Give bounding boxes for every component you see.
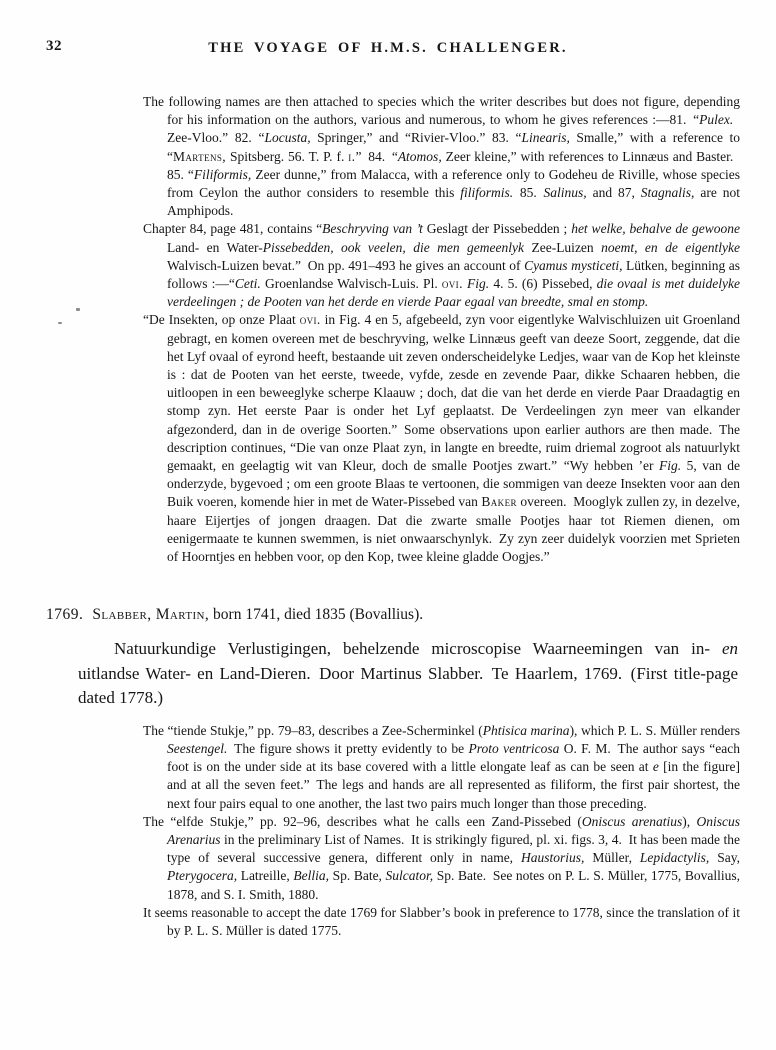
text-run: Say, [709,850,740,865]
text-run: ), which P. L. S. Müller renders [570,723,740,738]
note-paragraph: “De Insekten, op onze Plaat ovi. in Fig.… [167,311,740,566]
text-run: 85. [513,185,543,200]
italic-text: filiformis. [460,185,513,200]
entry-author-name: Slabber, Martin, born 1741, died 1835 (B… [92,606,423,623]
italic-text: Pulex. [699,112,733,127]
text-run: Springer,” and “Rivier-Vloo.” 83. “ [311,130,522,145]
note-paragraph: It seems reasonable to accept the date 1… [167,904,740,940]
italic-text: Sulcator, [386,868,434,883]
book-page: 32 THE VOYAGE OF H.M.S. CHALLENGER. The … [0,0,776,1050]
text-run: 4. 5. (6) Pissebed, [489,276,596,291]
text-run: ” 84. “ [355,149,397,164]
note-paragraph: Chapter 84, page 481, contains “Beschryv… [167,220,740,311]
italic-text: Filiformis, [194,167,251,182]
text-run: Zee-Luizen [524,240,601,255]
note-paragraph: The following names are then attached to… [167,93,740,220]
entry-number: 1769. [46,606,83,623]
italic-text: Lepidactylis, [640,850,709,865]
text-run: “De Insekten, op onze Plaat [143,312,300,327]
italic-text: Beschryving van ’t [322,221,423,236]
entry-title-paragraph: Natuurkundige Verlustigingen, behelzende… [78,637,738,711]
italic-text: het welke, behalve de gewoone [571,221,740,236]
text-run: ), [682,814,696,829]
italic-text: Phtisica marina [483,723,570,738]
text-run: Müller, [584,850,640,865]
text-run: Spitsberg. 56. T. P. f. [226,149,348,164]
italic-text: Locusta, [264,130,310,145]
smallcaps-text: Baker [481,494,517,509]
text-run: Groenlandse Walvisch-Luis. Pl. [261,276,442,291]
italic-text: Fig. [659,458,681,473]
text-run: and 87, [587,185,641,200]
text-run: Sp. Bate, [329,868,386,883]
text-run: The figure shows it pretty evidently to … [227,741,468,756]
text-run: The following names are then attached to… [143,94,740,127]
text-run: in Fig. 4 en 5, afgebeeld, zyn voor eige… [167,312,740,473]
italic-text: Bellia, [293,868,329,883]
italic-text: en [722,639,738,658]
scan-speck [58,322,62,324]
smallcaps-text: ovi. [300,312,321,327]
text-run: Walvisch-Luizen bevat.” On pp. 491–493 h… [167,258,524,273]
italic-text: Oniscus arenatius [582,814,682,829]
page-header: 32 THE VOYAGE OF H.M.S. CHALLENGER. [0,0,776,60]
italic-text: Salinus, [544,185,587,200]
italic-text: Proto ventricosa [468,741,559,756]
italic-text: noemt, en de eigentlyke [601,240,740,255]
scan-speck [76,308,80,311]
bibliography-notes-top: The following names are then attached to… [167,93,740,566]
text-run: It seems reasonable to accept the date 1… [143,905,740,938]
italic-text: Atomos, [398,149,442,164]
smallcaps-text: Martens, [173,149,226,164]
text-run: The “tiende Stukje,” pp. 79–83, describe… [143,723,483,738]
text-run: uitlandse Water- en Land-Dieren. Door Ma… [78,664,738,708]
italic-text: Pterygocera, [167,868,237,883]
text-run: Natuurkundige Verlustigingen, behelzende… [114,639,722,658]
italic-text: Pissebedden, ook veelen, die men gemeenl… [263,240,524,255]
text-run: The “elfde Stukje,” pp. 92–96, describes… [143,814,582,829]
text-run: born 1741, died 1835 (Bovallius). [209,606,423,623]
text-run: Chapter 84, page 481, contains “ [143,221,322,236]
bibliography-notes-bottom: The “tiende Stukje,” pp. 79–83, describe… [167,722,740,940]
smallcaps-text: Slabber, Martin, [92,606,209,623]
italic-text: Fig. [467,276,489,291]
page-number: 32 [46,38,62,55]
note-paragraph: The “elfde Stukje,” pp. 92–96, describes… [167,813,740,904]
running-title: THE VOYAGE OF H.M.S. CHALLENGER. [0,40,776,57]
text-run: Geslagt der Pissebedden ; [423,221,571,236]
note-paragraph: The “tiende Stukje,” pp. 79–83, describe… [167,722,740,813]
italic-text: Haustorius, [521,850,584,865]
smallcaps-text: ovi. [442,276,463,291]
entry-heading: 1769.Slabber, Martin, born 1741, died 18… [46,606,736,624]
italic-text: Stagnalis, [641,185,695,200]
text-run: Latreille, [237,868,293,883]
italic-text: Seestengel. [167,741,227,756]
text-run: Land- en Water- [167,240,263,255]
italic-text: Ceti. [235,276,261,291]
italic-text: Linearis, [521,130,569,145]
italic-text: Cyamus mysticeti, [524,258,622,273]
